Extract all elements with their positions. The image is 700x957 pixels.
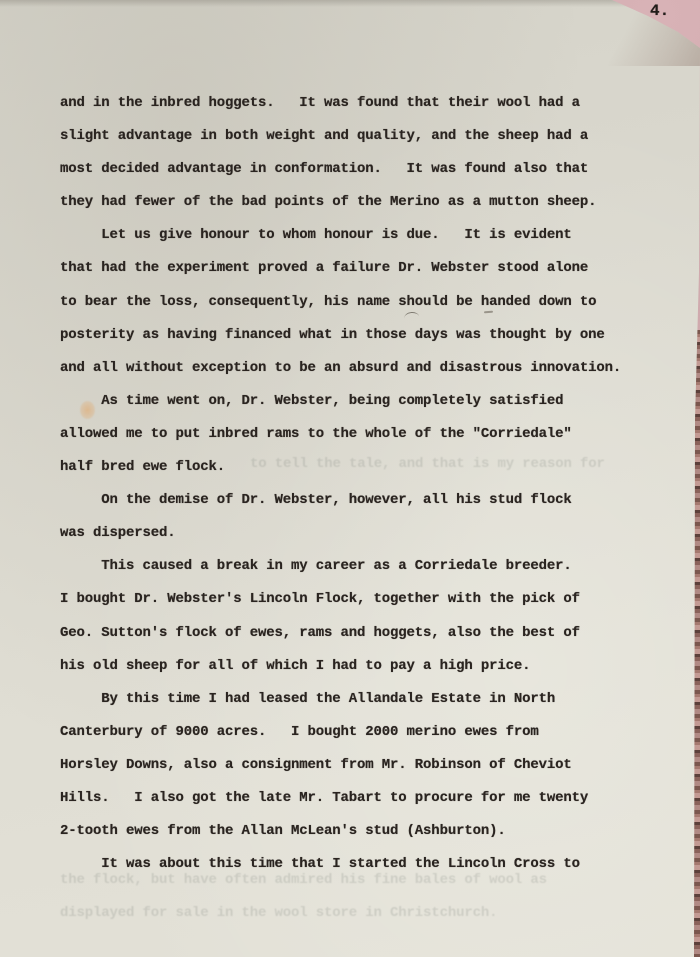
text-line: most decided advantage in conformation. … bbox=[60, 153, 670, 186]
text-line: As time went on, Dr. Webster, being comp… bbox=[60, 385, 670, 418]
document-page: and in the inbred hoggets. It was found … bbox=[0, 0, 700, 957]
text-line: Horsley Downs, also a consignment from M… bbox=[60, 749, 670, 782]
text-line: was dispersed. bbox=[60, 517, 670, 550]
text-line: and in the inbred hoggets. It was found … bbox=[60, 87, 670, 120]
text-line: It was about this time that I started th… bbox=[60, 848, 670, 881]
text-line: they had fewer of the bad points of the … bbox=[60, 186, 670, 219]
text-line: This caused a break in my career as a Co… bbox=[60, 550, 670, 583]
page-corner-shadow bbox=[540, 0, 700, 66]
text-line: that had the experiment proved a failure… bbox=[60, 252, 670, 285]
text-line: and all without exception to be an absur… bbox=[60, 352, 670, 385]
text-line: Geo. Sutton's flock of ewes, rams and ho… bbox=[60, 617, 670, 650]
text-line: Hills. I also got the late Mr. Tabart to… bbox=[60, 782, 670, 815]
text-line: his old sheep for all of which I had to … bbox=[60, 650, 670, 683]
text-line: I bought Dr. Webster's Lincoln Flock, to… bbox=[60, 583, 670, 616]
text-line: On the demise of Dr. Webster, however, a… bbox=[60, 484, 670, 517]
page-number: 4. bbox=[650, 2, 669, 20]
text-line: to bear the loss, consequently, his name… bbox=[60, 286, 670, 319]
text-line: Canterbury of 9000 acres. I bought 2000 … bbox=[60, 716, 670, 749]
text-line: half bred ewe flock. bbox=[60, 451, 670, 484]
text-line: posterity as having financed what in tho… bbox=[60, 319, 670, 352]
text-line: Let us give honour to whom honour is due… bbox=[60, 219, 670, 252]
typed-text-block: and in the inbred hoggets. It was found … bbox=[60, 87, 670, 881]
text-line: slight advantage in both weight and qual… bbox=[60, 120, 670, 153]
bleed-through-line: displayed for sale in the wool store in … bbox=[60, 905, 497, 921]
text-line: 2-tooth ewes from the Allan McLean's stu… bbox=[60, 815, 670, 848]
text-line: By this time I had leased the Allandale … bbox=[60, 683, 670, 716]
text-line: allowed me to put inbred rams to the who… bbox=[60, 418, 670, 451]
